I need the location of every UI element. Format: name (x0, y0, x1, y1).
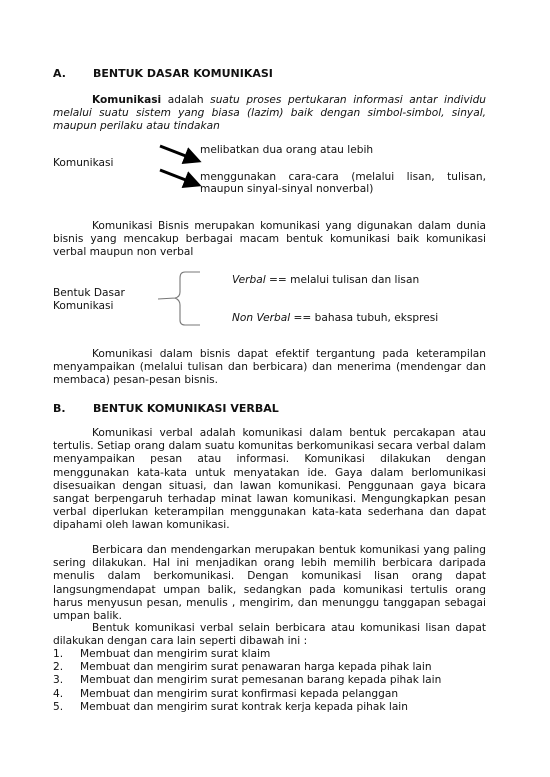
list-item: 2.Membuat dan mengirim surat penawaran h… (53, 661, 441, 674)
list-item: 1.Membuat dan mengirim surat klaim (53, 648, 441, 661)
diagram1-branch1: melibatkan dua orang atau lebih (200, 144, 373, 156)
section-b-title: BENTUK KOMUNIKASI VERBAL (93, 402, 279, 415)
arrow-icon (158, 142, 206, 192)
list-item: 4.Membuat dan mengirim surat konfirmasi … (53, 688, 441, 701)
section-b-number: B. (53, 402, 93, 415)
business-paragraph: Komunikasi Bisnis merupakan komunikasi y… (53, 220, 486, 260)
list-item: 3.Membuat dan mengirim surat pemesanan b… (53, 674, 441, 687)
verbal-paragraph-1: Komunikasi verbal adalah komunikasi dala… (53, 427, 486, 533)
diagram1-branch2-line2: maupun sinyal-sinyal nonverbal) (200, 183, 373, 195)
brace-icon (155, 270, 205, 328)
verbal-paragraph-3: Bentuk komunikasi verbal selain berbicar… (53, 622, 486, 648)
verbal-paragraph-2: Berbicara dan mendengarkan merupakan ben… (53, 544, 486, 623)
diagram2-label: Bentuk Dasar Komunikasi (53, 287, 125, 313)
diagram2-verbal: Verbal == melalui tulisan dan lisan (232, 274, 419, 286)
section-a-title: BENTUK DASAR KOMUNIKASI (93, 67, 273, 80)
list-item: 5.Membuat dan mengirim surat kontrak ker… (53, 701, 441, 714)
section-a-heading: A.BENTUK DASAR KOMUNIKASI (53, 67, 273, 80)
definition-term: Komunikasi (92, 94, 161, 106)
verbal-methods-list: 1.Membuat dan mengirim surat klaim 2.Mem… (53, 648, 441, 714)
diagram2-nonverbal: Non Verbal == bahasa tubuh, ekspresi (232, 312, 438, 324)
diagram1-branch2-line1: menggunakan cara-cara (melalui lisan, tu… (200, 171, 486, 183)
definition-paragraph: Komunikasi adalah suatu proses pertukara… (53, 94, 486, 134)
section-a-number: A. (53, 67, 93, 80)
section-b-heading: B.BENTUK KOMUNIKASI VERBAL (53, 402, 279, 415)
diagram1-label: Komunikasi (53, 157, 114, 169)
effective-paragraph: Komunikasi dalam bisnis dapat efektif te… (53, 348, 486, 388)
